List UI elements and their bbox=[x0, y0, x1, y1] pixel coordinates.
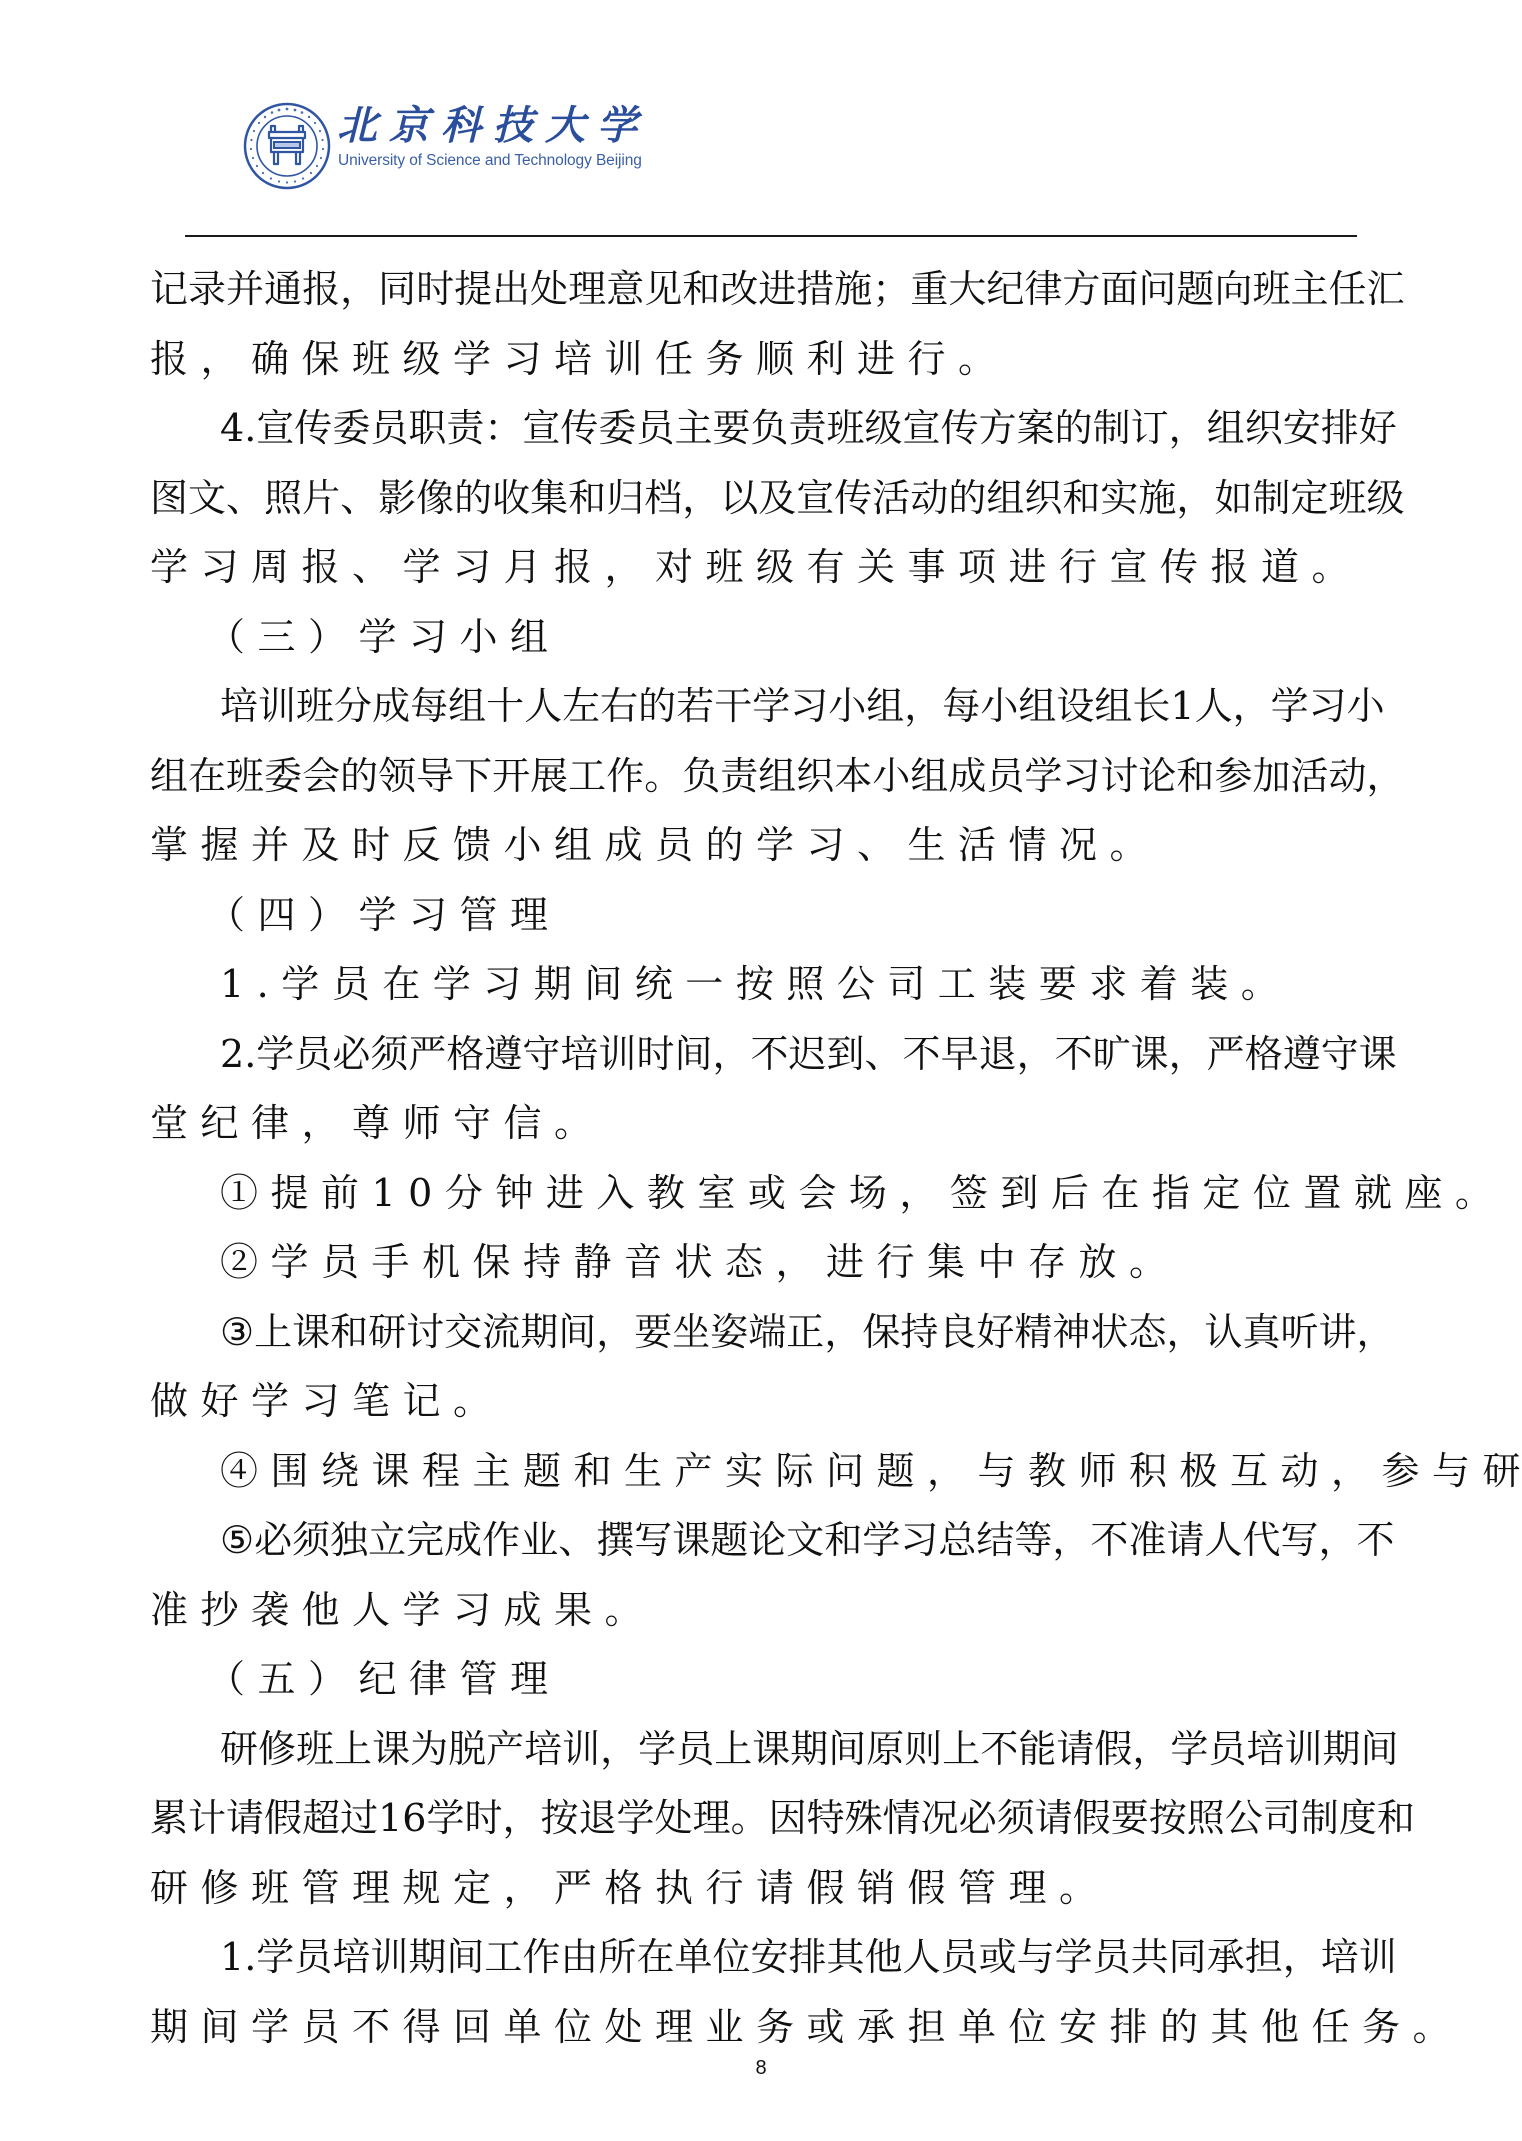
glyph: 或 bbox=[979, 1923, 1017, 1993]
glyph: 好 bbox=[1359, 394, 1397, 464]
university-seal-icon bbox=[243, 102, 331, 190]
text-line: 研修班上课为脱产培训，学员上课期间原则上不能请假，学员培训期间 bbox=[150, 1715, 1357, 1785]
glyph: 动 bbox=[1328, 742, 1366, 812]
glyph: 好 bbox=[976, 1298, 1014, 1368]
glyph: 坐 bbox=[672, 1298, 710, 1368]
glyph: 组 bbox=[986, 464, 1024, 534]
glyph: 原 bbox=[866, 1715, 904, 1785]
glyph: 小 bbox=[872, 742, 910, 812]
glyph: 时 bbox=[416, 255, 454, 325]
glyph: 写 bbox=[1281, 1506, 1319, 1576]
glyph: 和 bbox=[824, 1506, 862, 1576]
glyph: 员 bbox=[941, 1923, 979, 1993]
glyph: 学 bbox=[1055, 1923, 1093, 1993]
glyph: 学 bbox=[1170, 1715, 1208, 1785]
glyph: 脱 bbox=[448, 1715, 486, 1785]
glyph: 制 bbox=[1093, 394, 1131, 464]
glyph: 、 bbox=[340, 464, 378, 534]
glyph: 班 bbox=[827, 394, 865, 464]
glyph: 班 bbox=[1252, 255, 1290, 325]
glyph: 员 bbox=[986, 742, 1024, 812]
glyph: . bbox=[244, 1923, 256, 1993]
glyph: 人 bbox=[903, 1923, 941, 1993]
glyph: ， bbox=[1052, 1506, 1090, 1576]
glyph: 人 bbox=[524, 672, 562, 742]
glyph: 不 bbox=[903, 1020, 941, 1090]
glyph: 过 bbox=[340, 1784, 378, 1854]
glyph: 退 bbox=[979, 1020, 1017, 1090]
glyph: 上 bbox=[942, 1715, 980, 1785]
document-body: 记录并通报，同时提出处理意见和改进措施；重大纪律方面问题向班主任汇 报，确保班级… bbox=[150, 255, 1357, 2062]
glyph: 见 bbox=[644, 255, 682, 325]
glyph: 动 bbox=[910, 464, 948, 534]
glyph: . bbox=[244, 394, 256, 464]
glyph: 单 bbox=[674, 1923, 712, 1993]
glyph: 级 bbox=[865, 394, 903, 464]
glyph: 片 bbox=[302, 464, 340, 534]
text-line: 1.学员在学习期间统一按照公司工装要求着装。 bbox=[150, 950, 1357, 1020]
glyph: 长 bbox=[1132, 672, 1170, 742]
glyph: 人 bbox=[1204, 1506, 1242, 1576]
glyph: ， bbox=[340, 255, 378, 325]
glyph: 加 bbox=[1252, 742, 1290, 812]
glyph: 总 bbox=[938, 1506, 976, 1576]
glyph: 学 bbox=[752, 672, 790, 742]
glyph: 面 bbox=[1100, 255, 1138, 325]
glyph: 的 bbox=[638, 672, 676, 742]
glyph: 假 bbox=[264, 1784, 302, 1854]
glyph: ， bbox=[712, 1020, 750, 1090]
text-line: 掌握并及时反馈小组成员的学习、生活情况。 bbox=[150, 811, 1357, 881]
glyph: 工 bbox=[484, 1923, 522, 1993]
glyph: 6 bbox=[402, 1784, 426, 1854]
glyph: 向 bbox=[1214, 255, 1252, 325]
glyph: 他 bbox=[865, 1923, 903, 1993]
glyph: 况 bbox=[921, 1784, 959, 1854]
document-page: 北京科技大学 University of Science and Technol… bbox=[0, 0, 1522, 2141]
glyph: 传 bbox=[294, 394, 332, 464]
glyph: 参 bbox=[1214, 742, 1252, 812]
glyph: 责 bbox=[789, 394, 827, 464]
glyph: 题 bbox=[710, 1506, 748, 1576]
glyph: 研 bbox=[368, 1298, 406, 1368]
glyph: 问 bbox=[1138, 255, 1176, 325]
glyph: 必 bbox=[959, 1784, 997, 1854]
glyph: 人 bbox=[1195, 672, 1233, 742]
glyph: 处 bbox=[530, 255, 568, 325]
glyph: 如 bbox=[1214, 464, 1252, 534]
glyph: 同 bbox=[378, 255, 416, 325]
glyph: 会 bbox=[302, 742, 340, 812]
glyph: 间 bbox=[674, 1020, 712, 1090]
glyph: 时 bbox=[636, 1020, 674, 1090]
glyph: 计 bbox=[188, 1784, 226, 1854]
glyph: 超 bbox=[302, 1784, 340, 1854]
glyph: 学 bbox=[256, 1923, 294, 1993]
text-line: ④围绕课程主题和生产实际问题，与教师积极互动，参与研讨交流。 bbox=[150, 1437, 1357, 1507]
glyph: 宣 bbox=[256, 394, 294, 464]
glyph: 员 bbox=[676, 1715, 714, 1785]
glyph: 按 bbox=[1149, 1784, 1187, 1854]
glyph: 其 bbox=[827, 1923, 865, 1993]
glyph: 员 bbox=[1093, 1923, 1131, 1993]
glyph: 学 bbox=[862, 1506, 900, 1576]
glyph: 理 bbox=[568, 255, 606, 325]
glyph: 成 bbox=[948, 742, 986, 812]
glyph: 要 bbox=[634, 1298, 672, 1368]
glyph: 负 bbox=[750, 394, 788, 464]
glyph: ③ bbox=[220, 1298, 254, 1368]
glyph: 公 bbox=[1225, 1784, 1263, 1854]
glyph: 假 bbox=[1094, 1715, 1132, 1785]
glyph: 保 bbox=[862, 1298, 900, 1368]
glyph: 分 bbox=[334, 672, 372, 742]
glyph: 请 bbox=[1166, 1506, 1204, 1576]
glyph: 员 bbox=[370, 394, 408, 464]
glyph: 组 bbox=[1094, 672, 1132, 742]
glyph: 进 bbox=[758, 255, 796, 325]
glyph: 班 bbox=[296, 672, 334, 742]
glyph: 作 bbox=[522, 1923, 560, 1993]
glyph: 若 bbox=[676, 672, 714, 742]
glyph: 归 bbox=[606, 464, 644, 534]
glyph: 必 bbox=[254, 1506, 292, 1576]
glyph: 间 bbox=[1360, 1715, 1398, 1785]
glyph: 档 bbox=[644, 464, 682, 534]
glyph: 须 bbox=[292, 1506, 330, 1576]
glyph: 交 bbox=[444, 1298, 482, 1368]
glyph: 流 bbox=[482, 1298, 520, 1368]
glyph: 通 bbox=[264, 255, 302, 325]
glyph: 。 bbox=[644, 742, 682, 812]
glyph: 2 bbox=[220, 1020, 244, 1090]
glyph: 听 bbox=[1281, 1298, 1319, 1368]
glyph: ， bbox=[596, 1298, 634, 1368]
glyph: 承 bbox=[1207, 1923, 1245, 1993]
glyph: 委 bbox=[332, 394, 370, 464]
text-line: 4.宣传委员职责：宣传委员主要负责班级宣传方案的制订，组织安排好 bbox=[150, 394, 1357, 464]
glyph: ； bbox=[872, 255, 910, 325]
glyph: 大 bbox=[948, 255, 986, 325]
university-name-chinese: 北京科技大学 bbox=[337, 102, 637, 150]
glyph: 传 bbox=[560, 394, 598, 464]
glyph: 织 bbox=[796, 742, 834, 812]
glyph: 照 bbox=[264, 464, 302, 534]
glyph: 课 bbox=[672, 1506, 710, 1576]
glyph: 不 bbox=[1357, 1506, 1395, 1576]
text-line: 组在班委会的领导下开展工作。负责组织本小组成员学习讨论和参加活动， bbox=[150, 742, 1357, 812]
glyph: 员 bbox=[636, 394, 674, 464]
glyph: 下 bbox=[454, 742, 492, 812]
glyph: 图 bbox=[150, 464, 188, 534]
glyph: 良 bbox=[938, 1298, 976, 1368]
section-heading: （四）学习管理 bbox=[150, 881, 1357, 951]
university-name-english: University of Science and Technology Bei… bbox=[338, 152, 642, 170]
glyph: 职 bbox=[408, 394, 446, 464]
glyph: 神 bbox=[1052, 1298, 1090, 1368]
glyph: ⑤ bbox=[220, 1506, 254, 1576]
text-line: ②学员手机保持静音状态，进行集中存放。 bbox=[150, 1228, 1357, 1298]
glyph: 组 bbox=[1207, 394, 1245, 464]
glyph: 、 bbox=[558, 1506, 596, 1576]
glyph: 时 bbox=[464, 1784, 502, 1854]
glyph: 织 bbox=[1245, 394, 1283, 464]
glyph: 实 bbox=[1100, 464, 1138, 534]
text-line: 记录并通报，同时提出处理意见和改进措施；重大纪律方面问题向班主任汇 bbox=[150, 255, 1357, 325]
header-divider bbox=[185, 235, 1357, 237]
glyph: 习 bbox=[1309, 672, 1347, 742]
glyph: 严 bbox=[408, 1020, 446, 1090]
glyph: 学 bbox=[617, 1784, 655, 1854]
glyph: 旷 bbox=[1093, 1020, 1131, 1090]
glyph: 每 bbox=[410, 672, 448, 742]
glyph: 期 bbox=[1322, 1715, 1360, 1785]
glyph: 责 bbox=[446, 394, 484, 464]
glyph: 课 bbox=[1359, 1020, 1397, 1090]
text-line: 期间学员不得回单位处理业务或承担单位安排的其他任务。 bbox=[150, 1993, 1357, 2063]
glyph: 左 bbox=[562, 672, 600, 742]
glyph: 论 bbox=[748, 1506, 786, 1576]
glyph: 导 bbox=[416, 742, 454, 812]
glyph: ， bbox=[1176, 464, 1214, 534]
glyph: ， bbox=[1367, 742, 1405, 812]
glyph: 报 bbox=[302, 255, 340, 325]
glyph: 间 bbox=[558, 1298, 596, 1368]
glyph: 宣 bbox=[903, 394, 941, 464]
glyph: 课 bbox=[752, 1715, 790, 1785]
glyph: . bbox=[244, 1020, 256, 1090]
glyph: 施 bbox=[834, 255, 872, 325]
glyph: 案 bbox=[1017, 394, 1055, 464]
glyph: 每 bbox=[942, 672, 980, 742]
glyph: 右 bbox=[600, 672, 638, 742]
glyph: 迟 bbox=[789, 1020, 827, 1090]
glyph: ， bbox=[1169, 1020, 1207, 1090]
glyph: 训 bbox=[370, 1923, 408, 1993]
glyph: 假 bbox=[1073, 1784, 1111, 1854]
glyph: 等 bbox=[1014, 1506, 1052, 1576]
glyph: 培 bbox=[524, 1715, 562, 1785]
glyph: 主 bbox=[1290, 255, 1328, 325]
glyph: 宣 bbox=[522, 394, 560, 464]
glyph: 组 bbox=[866, 672, 904, 742]
glyph: 情 bbox=[883, 1784, 921, 1854]
glyph: 文 bbox=[786, 1506, 824, 1576]
glyph: 早 bbox=[941, 1020, 979, 1090]
glyph: 精 bbox=[1014, 1298, 1052, 1368]
glyph: 1 bbox=[378, 1784, 402, 1854]
glyph: 和 bbox=[682, 255, 720, 325]
glyph: 成 bbox=[444, 1506, 482, 1576]
glyph: 度 bbox=[1339, 1784, 1377, 1854]
glyph: 和 bbox=[1377, 1784, 1415, 1854]
glyph: 集 bbox=[530, 464, 568, 534]
page-number: 8 bbox=[0, 2055, 1522, 2081]
glyph: 独 bbox=[330, 1506, 368, 1576]
glyph: 训 bbox=[562, 1715, 600, 1785]
glyph: 共 bbox=[1131, 1923, 1169, 1993]
text-line: 准抄袭他人学习成果。 bbox=[150, 1576, 1357, 1646]
glyph: 为 bbox=[410, 1715, 448, 1785]
glyph: 1 bbox=[220, 1923, 244, 1993]
glyph: 小 bbox=[980, 672, 1018, 742]
glyph: 不 bbox=[750, 1020, 788, 1090]
text-line: 培训班分成每组十人左右的若干学习小组，每小组设组长1人，学习小 bbox=[150, 672, 1357, 742]
glyph: 员 bbox=[1208, 1715, 1246, 1785]
glyph: 立 bbox=[368, 1506, 406, 1576]
glyph: 训 bbox=[1359, 1923, 1397, 1993]
glyph: 活 bbox=[1290, 742, 1328, 812]
glyph: 组 bbox=[448, 672, 486, 742]
glyph: 须 bbox=[370, 1020, 408, 1090]
glyph: 期 bbox=[408, 1923, 446, 1993]
glyph: 产 bbox=[486, 1715, 524, 1785]
glyph: 培 bbox=[1321, 1923, 1359, 1993]
glyph: 请 bbox=[1035, 1784, 1073, 1854]
glyph: 排 bbox=[789, 1923, 827, 1993]
glyph: 安 bbox=[1283, 394, 1321, 464]
glyph: 撰 bbox=[596, 1506, 634, 1576]
glyph: 讨 bbox=[406, 1298, 444, 1368]
text-line: 学习周报、学习月报，对班级有关事项进行宣传报道。 bbox=[150, 533, 1357, 603]
glyph: 和 bbox=[330, 1298, 368, 1368]
glyph: 、 bbox=[226, 464, 264, 534]
glyph: ， bbox=[1233, 672, 1271, 742]
glyph: 课 bbox=[372, 1715, 410, 1785]
glyph: 累 bbox=[150, 1784, 188, 1854]
text-line: ⑤必须独立完成作业、撰写课题论文和学习总结等，不准请人代写，不 bbox=[150, 1506, 1357, 1576]
glyph: 状 bbox=[1090, 1298, 1128, 1368]
text-line: 堂纪律，尊师守信。 bbox=[150, 1089, 1357, 1159]
glyph: 收 bbox=[492, 464, 530, 534]
glyph: 讲 bbox=[1319, 1298, 1357, 1368]
glyph: 设 bbox=[1056, 672, 1094, 742]
glyph: 并 bbox=[226, 255, 264, 325]
glyph: 退 bbox=[579, 1784, 617, 1854]
glyph: 能 bbox=[1018, 1715, 1056, 1785]
glyph: 、 bbox=[865, 1020, 903, 1090]
glyph: 上 bbox=[334, 1715, 372, 1785]
glyph: 组 bbox=[910, 742, 948, 812]
glyph: 写 bbox=[634, 1506, 672, 1576]
glyph: 位 bbox=[712, 1923, 750, 1993]
glyph: 领 bbox=[378, 742, 416, 812]
glyph: 要 bbox=[1111, 1784, 1149, 1854]
glyph: 论 bbox=[1138, 742, 1176, 812]
glyph: 守 bbox=[1321, 1020, 1359, 1090]
glyph: 不 bbox=[1055, 1020, 1093, 1090]
glyph: ， bbox=[904, 672, 942, 742]
glyph: 认 bbox=[1204, 1298, 1242, 1368]
glyph: 题 bbox=[1176, 255, 1214, 325]
glyph: 理 bbox=[693, 1784, 731, 1854]
glyph: 培 bbox=[1246, 1715, 1284, 1785]
glyph: 员 bbox=[294, 1923, 332, 1993]
glyph: ， bbox=[600, 1715, 638, 1785]
glyph: 在 bbox=[636, 1923, 674, 1993]
glyph: 员 bbox=[294, 1020, 332, 1090]
glyph: 组 bbox=[1018, 672, 1056, 742]
glyph: 的 bbox=[948, 464, 986, 534]
text-line: 研修班管理规定，严格执行请假销假管理。 bbox=[150, 1854, 1357, 1924]
glyph: 培 bbox=[220, 672, 258, 742]
glyph: 所 bbox=[598, 1923, 636, 1993]
glyph: 的 bbox=[454, 464, 492, 534]
glyph: ， bbox=[1132, 1715, 1170, 1785]
glyph: ， bbox=[503, 1784, 541, 1854]
text-line: 1.学员培训期间工作由所在单位安排其他人员或与学员共同承担，培训 bbox=[150, 1923, 1357, 1993]
glyph: 活 bbox=[872, 464, 910, 534]
glyph: 期 bbox=[520, 1298, 558, 1368]
glyph: ： bbox=[484, 394, 522, 464]
glyph: 准 bbox=[1128, 1506, 1166, 1576]
glyph: 意 bbox=[606, 255, 644, 325]
glyph: 训 bbox=[598, 1020, 636, 1090]
glyph: 培 bbox=[332, 1923, 370, 1993]
glyph: 组 bbox=[758, 742, 796, 812]
glyph: 委 bbox=[598, 394, 636, 464]
glyph: 学 bbox=[1271, 672, 1309, 742]
glyph: 端 bbox=[748, 1298, 786, 1368]
glyph: 与 bbox=[1017, 1923, 1055, 1993]
glyph: 特 bbox=[807, 1784, 845, 1854]
glyph: 正 bbox=[786, 1298, 824, 1368]
glyph: 记 bbox=[150, 255, 188, 325]
text-line: ①提前10分钟进入教室或会场，签到后在指定位置就座。 bbox=[150, 1159, 1357, 1229]
glyph: 格 bbox=[1245, 1020, 1283, 1090]
text-line: 2.学员必须严格遵守培训时间，不迟到、不早退，不旷课，严格遵守课 bbox=[150, 1020, 1357, 1090]
glyph: 遵 bbox=[484, 1020, 522, 1090]
glyph: 上 bbox=[254, 1298, 292, 1368]
glyph: 训 bbox=[1284, 1715, 1322, 1785]
glyph: 干 bbox=[714, 672, 752, 742]
glyph: 文 bbox=[188, 464, 226, 534]
glyph: 研 bbox=[220, 1715, 258, 1785]
glyph: 方 bbox=[1062, 255, 1100, 325]
glyph: 传 bbox=[834, 464, 872, 534]
glyph: 学 bbox=[426, 1784, 464, 1854]
glyph: 律 bbox=[1024, 255, 1062, 325]
glyph: 间 bbox=[446, 1923, 484, 1993]
glyph: 严 bbox=[1207, 1020, 1245, 1090]
glyph: ， bbox=[824, 1298, 862, 1368]
glyph: 级 bbox=[1367, 464, 1405, 534]
glyph: 宣 bbox=[796, 464, 834, 534]
glyph: 制 bbox=[1252, 464, 1290, 534]
glyph: 殊 bbox=[845, 1784, 883, 1854]
glyph: 纪 bbox=[986, 255, 1024, 325]
glyph: 作 bbox=[482, 1506, 520, 1576]
glyph: ， bbox=[1166, 1298, 1204, 1368]
glyph: 订 bbox=[1131, 394, 1169, 464]
glyph: 的 bbox=[1055, 394, 1093, 464]
glyph: 须 bbox=[997, 1784, 1035, 1854]
glyph: 展 bbox=[530, 742, 568, 812]
glyph: 遵 bbox=[1283, 1020, 1321, 1090]
glyph: 班 bbox=[226, 742, 264, 812]
glyph: 处 bbox=[655, 1784, 693, 1854]
glyph: 出 bbox=[492, 255, 530, 325]
glyph: 安 bbox=[750, 1923, 788, 1993]
glyph: 按 bbox=[541, 1784, 579, 1854]
glyph: 责 bbox=[720, 742, 758, 812]
text-line: 做好学习笔记。 bbox=[150, 1367, 1357, 1437]
glyph: 任 bbox=[1328, 255, 1366, 325]
glyph: 传 bbox=[941, 394, 979, 464]
glyph: 1 bbox=[1170, 672, 1194, 742]
glyph: 习 bbox=[900, 1506, 938, 1576]
glyph: 及 bbox=[758, 464, 796, 534]
